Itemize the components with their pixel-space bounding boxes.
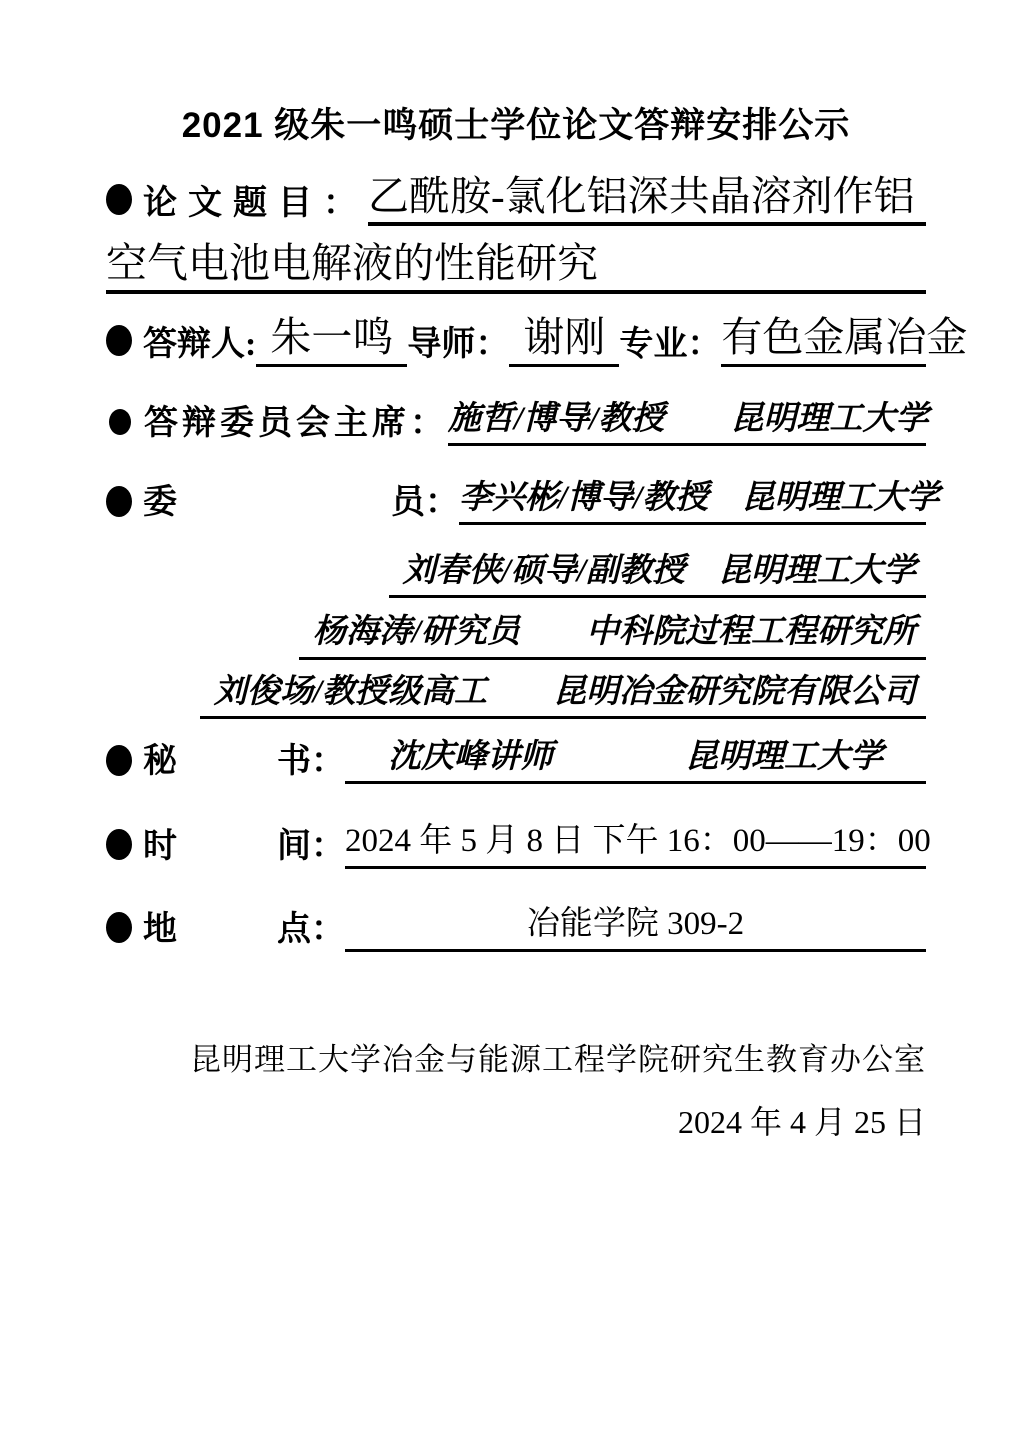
committee-chair-row: 答辩委员会主席： 施哲/博导/教授 昆明理工大学 — [106, 399, 926, 446]
committee-member-row: 杨海涛/研究员 中科院过程工程研究所 — [106, 612, 926, 659]
bullet-icon — [106, 184, 132, 215]
secretary-label: 秘 书： — [143, 740, 345, 784]
secretary-label-char: 秘 — [143, 740, 177, 784]
committee-member-2: 刘春侠/硕导/副教授 昆明理工大学 — [389, 551, 926, 598]
thesis-title-row-2: 空气电池电解液的性能研究 — [106, 240, 926, 294]
location-row: 地 点： 冶能学院 309-2 — [106, 903, 926, 952]
member-label-char: 委 — [143, 481, 177, 525]
member-label-char: 员： — [391, 481, 459, 525]
major-name: 有色金属冶金 — [721, 314, 926, 367]
issue-date: 2024 年 4 月 25 日 — [106, 1102, 926, 1144]
bullet-icon — [109, 409, 131, 435]
time-row: 时 间： 2024 年 5 月 8 日 下午 16：00——19：00 — [106, 820, 926, 869]
candidate-label: 答辩人: — [143, 323, 256, 367]
thesis-title-line1: 乙酰胺-氯化铝深共晶溶剂作铝 — [368, 173, 926, 227]
thesis-title-line2: 空气电池电解液的性能研究 — [106, 240, 926, 294]
secretary-label-char: 书： — [277, 740, 345, 784]
bullet-icon — [106, 325, 132, 356]
location-value: 冶能学院 309-2 — [345, 903, 926, 952]
committee-member-1: 李兴彬/博导/教授 昆明理工大学 — [459, 478, 926, 525]
committee-member-row: 刘俊场/教授级高工 昆明冶金研究院有限公司 — [106, 672, 926, 719]
committee-member-3: 杨海涛/研究员 中科院过程工程研究所 — [299, 612, 926, 659]
committee-member-row: 刘春侠/硕导/副教授 昆明理工大学 — [106, 551, 926, 598]
committee-member-4: 刘俊场/教授级高工 昆明冶金研究院有限公司 — [200, 672, 926, 719]
time-value: 2024 年 5 月 8 日 下午 16：00——19：00 — [345, 820, 926, 869]
candidate-name: 朱一鸣 — [256, 314, 407, 367]
committee-member-row: 委 员： 李兴彬/博导/教授 昆明理工大学 — [106, 478, 926, 525]
bullet-icon — [106, 912, 132, 943]
issuing-office: 昆明理工大学冶金与能源工程学院研究生教育办公室 — [106, 1040, 926, 1080]
thesis-title-row: 论文题目： 乙酰胺-氯化铝深共晶溶剂作铝 — [106, 173, 926, 227]
location-label-char: 地 — [143, 908, 177, 952]
bullet-icon — [106, 486, 132, 517]
time-label-char: 间： — [277, 825, 345, 869]
thesis-title-label: 论文题目： — [143, 182, 368, 226]
bullet-icon — [106, 829, 132, 860]
committee-member-label: 委 员： — [143, 481, 459, 525]
major-label: 专业： — [619, 323, 721, 367]
committee-chair-value: 施哲/博导/教授 昆明理工大学 — [448, 399, 926, 446]
time-label: 时 间： — [143, 825, 345, 869]
secretary-row: 秘 书： 沈庆峰讲师 昆明理工大学 — [106, 737, 926, 784]
committee-chair-label: 答辩委员会主席： — [144, 402, 448, 446]
page-title: 2021 级朱一鸣硕士学位论文答辩安排公示 — [106, 103, 926, 149]
bullet-icon — [106, 745, 132, 776]
advisor-name: 谢刚 — [509, 314, 619, 367]
location-label-char: 点： — [277, 908, 345, 952]
advisor-label: 导师： — [407, 323, 509, 367]
candidate-row: 答辩人: 朱一鸣 导师： 谢刚 专业： 有色金属冶金 — [106, 314, 926, 367]
defense-announcement-document: 2021 级朱一鸣硕士学位论文答辩安排公示 论文题目： 乙酰胺-氯化铝深共晶溶剂… — [0, 0, 1024, 1448]
time-label-char: 时 — [143, 825, 177, 869]
location-label: 地 点： — [143, 908, 345, 952]
secretary-value: 沈庆峰讲师 昆明理工大学 — [345, 737, 926, 784]
